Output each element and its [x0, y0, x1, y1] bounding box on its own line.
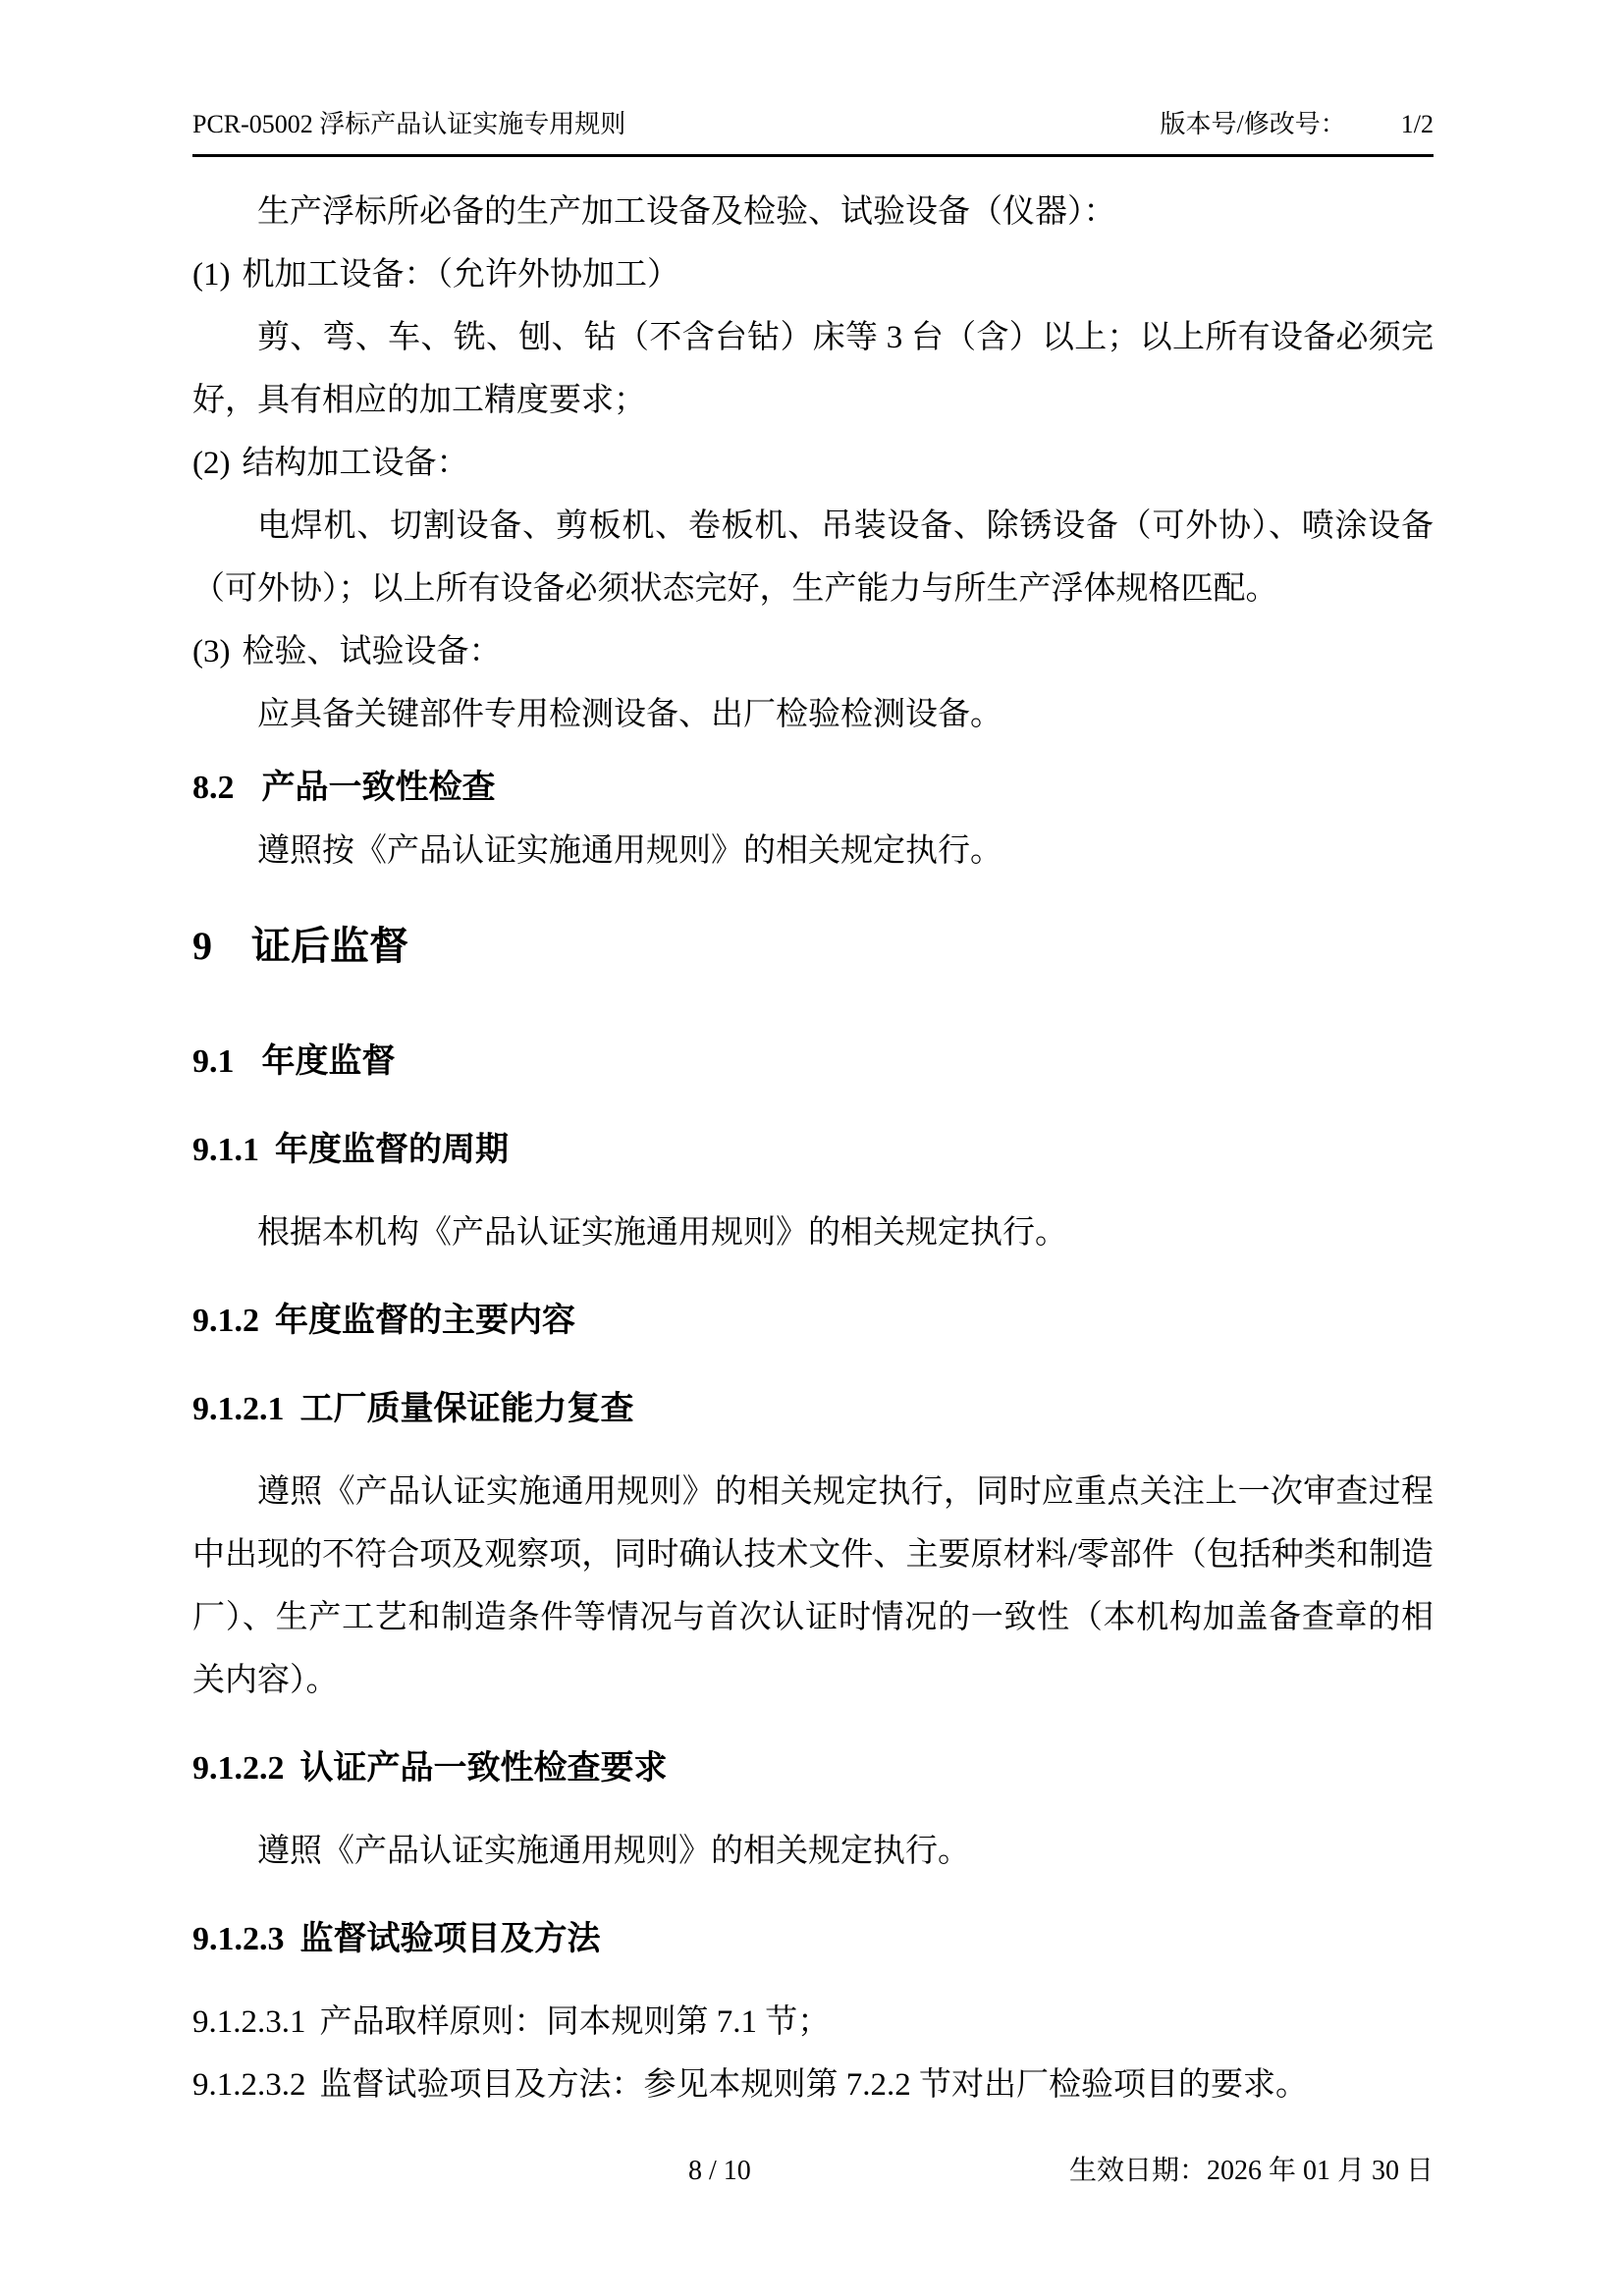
list-item-3: (3)检验、试验设备： [192, 620, 1434, 683]
list-item-1: (1)机加工设备：（允许外协加工） [192, 243, 1434, 306]
section-8-2-number: 8.2 [192, 770, 235, 806]
section-9-title: 证后监督 [251, 925, 408, 968]
section-9-1-2-3-1-paragraph: 9.1.2.3.1产品取样原则：同本规则第 7.1 节； [192, 1991, 1434, 2054]
section-9-1-2-3-number: 9.1.2.3 [192, 1921, 285, 1957]
section-9-1-1-title: 年度监督的周期 [275, 1131, 509, 1168]
list-item-3-text: 检验、试验设备： [242, 634, 501, 669]
paragraph-item-2-detail: 电焊机、切割设备、剪板机、卷板机、吊装设备、除锈设备（可外协）、喷涂设备（可外协… [192, 495, 1434, 620]
section-9-1-1-number: 9.1.1 [192, 1132, 259, 1168]
section-9-1-title: 年度监督 [262, 1042, 396, 1080]
section-9-1-1-heading: 9.1.1年度监督的周期 [192, 1118, 1434, 1182]
section-9-1-2-3-heading: 9.1.2.3监督试验项目及方法 [192, 1907, 1434, 1971]
page-footer: 8 / 10 生效日期：2026 年 01 月 30 日 [192, 2152, 1434, 2191]
section-9-1-2-1-paragraph: 遵照《产品认证实施通用规则》的相关规定执行，同时应重点关注上一次审查过程中出现的… [192, 1461, 1434, 1712]
document-page: PCR-05002 浮标产品认证实施专用规则 版本号/修改号： 1/2 生产浮标… [0, 0, 1624, 2296]
section-9-1-2-3-2-number: 9.1.2.3.2 [192, 2067, 306, 2103]
document-code-title: PCR-05002 浮标产品认证实施专用规则 [192, 105, 625, 144]
section-8-2-heading: 8.2产品一致性检查 [192, 756, 1434, 820]
page-number: 8 / 10 [688, 2152, 751, 2191]
section-9-1-2-3-1-number: 9.1.2.3.1 [192, 2004, 306, 2040]
section-9-1-1-paragraph: 根据本机构《产品认证实施通用规则》的相关规定执行。 [192, 1201, 1434, 1264]
section-9-1-2-1-number: 9.1.2.1 [192, 1391, 285, 1427]
section-8-2-title: 产品一致性检查 [262, 769, 496, 806]
section-9-1-2-2-heading: 9.1.2.2认证产品一致性检查要求 [192, 1736, 1434, 1800]
section-9-1-2-2-title: 认证产品一致性检查要求 [300, 1749, 668, 1787]
section-9-1-2-2-paragraph: 遵照《产品认证实施通用规则》的相关规定执行。 [192, 1820, 1434, 1883]
section-9-1-2-title: 年度监督的主要内容 [275, 1302, 575, 1339]
version-info: 版本号/修改号： 1/2 [1161, 105, 1434, 144]
section-9-1-2-1-title: 工厂质量保证能力复查 [300, 1390, 634, 1427]
section-9-heading: 9证后监督 [192, 912, 1434, 981]
section-9-1-2-3-2-paragraph: 9.1.2.3.2监督试验项目及方法：参见本规则第 7.2.2 节对出厂检验项目… [192, 2054, 1434, 2116]
paragraph-item-3-detail: 应具备关键部件专用检测设备、出厂检验检测设备。 [192, 683, 1434, 746]
list-item-2-text: 结构加工设备： [242, 446, 468, 481]
section-9-1-2-3-title: 监督试验项目及方法 [300, 1920, 601, 1957]
section-9-1-number: 9.1 [192, 1043, 235, 1080]
page-header: PCR-05002 浮标产品认证实施专用规则 版本号/修改号： 1/2 [192, 105, 1434, 157]
section-9-1-2-3-1-text: 产品取样原则：同本规则第 7.1 节； [320, 2004, 831, 2040]
list-item-2: (2)结构加工设备： [192, 432, 1434, 495]
list-item-1-text: 机加工设备：（允许外协加工） [242, 257, 679, 293]
section-9-number: 9 [192, 924, 212, 968]
paragraph-intro: 生产浮标所必备的生产加工设备及检验、试验设备（仪器）： [192, 181, 1434, 243]
section-9-1-2-3-2-text: 监督试验项目及方法：参见本规则第 7.2.2 节对出厂检验项目的要求。 [320, 2067, 1309, 2103]
paragraph-item-1-detail: 剪、弯、车、铣、刨、钻（不含台钻）床等 3 台（含）以上；以上所有设备必须完好，… [192, 306, 1434, 432]
section-9-1-2-heading: 9.1.2年度监督的主要内容 [192, 1289, 1434, 1353]
section-8-2-paragraph: 遵照按《产品认证实施通用规则》的相关规定执行。 [192, 820, 1434, 882]
version-label: 版本号/修改号： [1161, 105, 1346, 144]
list-item-1-number: (1) [192, 257, 230, 293]
section-9-1-2-number: 9.1.2 [192, 1303, 259, 1339]
section-9-1-heading: 9.1年度监督 [192, 1030, 1434, 1094]
version-value: 1/2 [1401, 105, 1434, 144]
section-9-1-2-2-number: 9.1.2.2 [192, 1750, 285, 1787]
effective-date: 生效日期：2026 年 01 月 30 日 [1069, 2152, 1434, 2191]
document-body: 生产浮标所必备的生产加工设备及检验、试验设备（仪器）： (1)机加工设备：（允许… [192, 181, 1434, 2116]
list-item-3-number: (3) [192, 634, 230, 669]
list-item-2-number: (2) [192, 446, 230, 481]
section-9-1-2-1-heading: 9.1.2.1工厂质量保证能力复查 [192, 1377, 1434, 1441]
